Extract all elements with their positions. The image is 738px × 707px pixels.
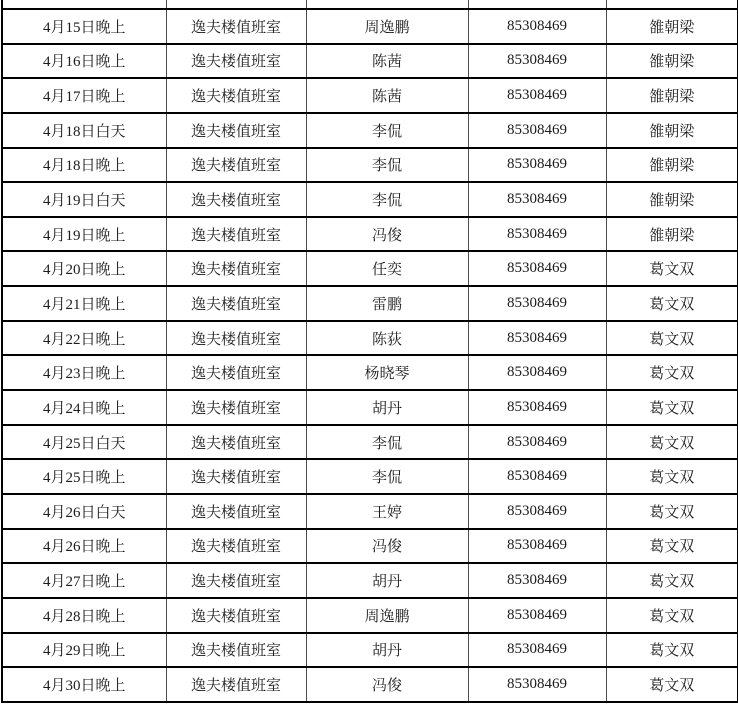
cell-duty-phone: 85308469 bbox=[468, 148, 606, 183]
cell-duty-leader: 葛文双 bbox=[606, 459, 738, 494]
cell-duty-leader: 葛文双 bbox=[606, 563, 738, 598]
table-row: 4月29日晚上 逸夫楼值班室 胡丹 85308469 葛文双 bbox=[2, 633, 738, 668]
cell-duty-phone: 85308469 bbox=[468, 425, 606, 460]
cell-duty-location: 逸夫楼值班室 bbox=[166, 355, 306, 390]
cell-duty-person: 冯俊 bbox=[306, 529, 468, 564]
cell-duty-date: 4月15日晚上 bbox=[2, 9, 166, 44]
table-row: 4月20日晚上 逸夫楼值班室 任奕 85308469 葛文双 bbox=[2, 251, 738, 286]
cell-duty-date: 4月30日晚上 bbox=[2, 667, 166, 702]
cell-duty-leader: 雒朝梁 bbox=[606, 217, 738, 252]
cell-duty-leader: 葛文双 bbox=[606, 251, 738, 286]
duty-schedule-screen: 4月15日晚上 逸夫楼值班室 周逸鹏 85308469 雒朝梁 4月16日晚上 … bbox=[0, 0, 738, 707]
cell-duty-date: 4月19日白天 bbox=[2, 182, 166, 217]
table-body: 4月15日晚上 逸夫楼值班室 周逸鹏 85308469 雒朝梁 4月16日晚上 … bbox=[2, 0, 738, 702]
cell-duty-leader: 葛文双 bbox=[606, 667, 738, 702]
cell-duty-phone: 85308469 bbox=[468, 459, 606, 494]
cell-duty-leader: 雒朝梁 bbox=[606, 44, 738, 79]
table-row: 4月26日白天 逸夫楼值班室 王婷 85308469 葛文双 bbox=[2, 494, 738, 529]
cell-duty-phone: 85308469 bbox=[468, 44, 606, 79]
cell-duty-location: 逸夫楼值班室 bbox=[166, 217, 306, 252]
cell-duty-person: 王婷 bbox=[306, 494, 468, 529]
cell-duty-location: 逸夫楼值班室 bbox=[166, 44, 306, 79]
cell-duty-person: 陈茜 bbox=[306, 44, 468, 79]
cell-duty-phone: 85308469 bbox=[468, 667, 606, 702]
cell-duty-location: 逸夫楼值班室 bbox=[166, 425, 306, 460]
cell-duty-date: 4月18日白天 bbox=[2, 113, 166, 148]
cell-duty-person: 李侃 bbox=[306, 182, 468, 217]
cell-duty-phone: 85308469 bbox=[468, 563, 606, 598]
cell-duty-location: 逸夫楼值班室 bbox=[166, 459, 306, 494]
cell-duty-phone: 85308469 bbox=[468, 633, 606, 668]
table-row: 4月19日晚上 逸夫楼值班室 冯俊 85308469 雒朝梁 bbox=[2, 217, 738, 252]
cell-duty-person: 李侃 bbox=[306, 459, 468, 494]
cell-duty-leader: 雒朝梁 bbox=[606, 113, 738, 148]
cell-duty-location: 逸夫楼值班室 bbox=[166, 148, 306, 183]
cell-duty-person: 周逸鹏 bbox=[306, 598, 468, 633]
cell-duty-leader: 葛文双 bbox=[606, 321, 738, 356]
table-row: 4月18日晚上 逸夫楼值班室 李侃 85308469 雒朝梁 bbox=[2, 148, 738, 183]
partial-cell bbox=[2, 0, 166, 9]
cell-duty-phone: 85308469 bbox=[468, 9, 606, 44]
cell-duty-phone: 85308469 bbox=[468, 182, 606, 217]
cell-duty-location: 逸夫楼值班室 bbox=[166, 78, 306, 113]
cell-duty-phone: 85308469 bbox=[468, 251, 606, 286]
cell-duty-person: 李侃 bbox=[306, 148, 468, 183]
table-row: 4月15日晚上 逸夫楼值班室 周逸鹏 85308469 雒朝梁 bbox=[2, 9, 738, 44]
partial-row-top bbox=[2, 0, 738, 9]
cell-duty-date: 4月20日晚上 bbox=[2, 251, 166, 286]
partial-cell bbox=[166, 0, 306, 9]
cell-duty-leader: 雒朝梁 bbox=[606, 182, 738, 217]
cell-duty-leader: 葛文双 bbox=[606, 529, 738, 564]
cell-duty-leader: 雒朝梁 bbox=[606, 9, 738, 44]
cell-duty-location: 逸夫楼值班室 bbox=[166, 286, 306, 321]
cell-duty-date: 4月18日晚上 bbox=[2, 148, 166, 183]
cell-duty-leader: 雒朝梁 bbox=[606, 148, 738, 183]
cell-duty-date: 4月21日晚上 bbox=[2, 286, 166, 321]
cell-duty-location: 逸夫楼值班室 bbox=[166, 563, 306, 598]
cell-duty-location: 逸夫楼值班室 bbox=[166, 494, 306, 529]
cell-duty-location: 逸夫楼值班室 bbox=[166, 182, 306, 217]
table-row: 4月24日晚上 逸夫楼值班室 胡丹 85308469 葛文双 bbox=[2, 390, 738, 425]
cell-duty-date: 4月19日晚上 bbox=[2, 217, 166, 252]
cell-duty-location: 逸夫楼值班室 bbox=[166, 667, 306, 702]
cell-duty-phone: 85308469 bbox=[468, 390, 606, 425]
table-row: 4月30日晚上 逸夫楼值班室 冯俊 85308469 葛文双 bbox=[2, 667, 738, 702]
cell-duty-leader: 葛文双 bbox=[606, 494, 738, 529]
table-row: 4月27日晚上 逸夫楼值班室 胡丹 85308469 葛文双 bbox=[2, 563, 738, 598]
cell-duty-person: 周逸鹏 bbox=[306, 9, 468, 44]
cell-duty-person: 雷鹏 bbox=[306, 286, 468, 321]
cell-duty-date: 4月16日晚上 bbox=[2, 44, 166, 79]
cell-duty-leader: 雒朝梁 bbox=[606, 78, 738, 113]
table-row: 4月18日白天 逸夫楼值班室 李侃 85308469 雒朝梁 bbox=[2, 113, 738, 148]
cell-duty-person: 胡丹 bbox=[306, 390, 468, 425]
cell-duty-location: 逸夫楼值班室 bbox=[166, 633, 306, 668]
cell-duty-location: 逸夫楼值班室 bbox=[166, 251, 306, 286]
table-row: 4月25日晚上 逸夫楼值班室 李侃 85308469 葛文双 bbox=[2, 459, 738, 494]
partial-cell bbox=[306, 0, 468, 9]
cell-duty-person: 胡丹 bbox=[306, 633, 468, 668]
duty-schedule-table: 4月15日晚上 逸夫楼值班室 周逸鹏 85308469 雒朝梁 4月16日晚上 … bbox=[1, 0, 738, 703]
cell-duty-leader: 葛文双 bbox=[606, 390, 738, 425]
cell-duty-date: 4月27日晚上 bbox=[2, 563, 166, 598]
cell-duty-person: 杨晓琴 bbox=[306, 355, 468, 390]
cell-duty-leader: 葛文双 bbox=[606, 598, 738, 633]
cell-duty-person: 李侃 bbox=[306, 113, 468, 148]
partial-cell bbox=[606, 0, 738, 9]
cell-duty-person: 李侃 bbox=[306, 425, 468, 460]
table-row: 4月19日白天 逸夫楼值班室 李侃 85308469 雒朝梁 bbox=[2, 182, 738, 217]
cell-duty-person: 冯俊 bbox=[306, 217, 468, 252]
cell-duty-location: 逸夫楼值班室 bbox=[166, 598, 306, 633]
cell-duty-date: 4月26日白天 bbox=[2, 494, 166, 529]
cell-duty-phone: 85308469 bbox=[468, 494, 606, 529]
cell-duty-date: 4月23日晚上 bbox=[2, 355, 166, 390]
cell-duty-leader: 葛文双 bbox=[606, 425, 738, 460]
cell-duty-phone: 85308469 bbox=[468, 286, 606, 321]
cell-duty-person: 陈荻 bbox=[306, 321, 468, 356]
cell-duty-phone: 85308469 bbox=[468, 217, 606, 252]
cell-duty-date: 4月25日白天 bbox=[2, 425, 166, 460]
cell-duty-leader: 葛文双 bbox=[606, 286, 738, 321]
cell-duty-leader: 葛文双 bbox=[606, 355, 738, 390]
cell-duty-date: 4月28日晚上 bbox=[2, 598, 166, 633]
cell-duty-phone: 85308469 bbox=[468, 321, 606, 356]
table-row: 4月28日晚上 逸夫楼值班室 周逸鹏 85308469 葛文双 bbox=[2, 598, 738, 633]
cell-duty-location: 逸夫楼值班室 bbox=[166, 321, 306, 356]
cell-duty-person: 陈茜 bbox=[306, 78, 468, 113]
cell-duty-person: 胡丹 bbox=[306, 563, 468, 598]
cell-duty-phone: 85308469 bbox=[468, 78, 606, 113]
cell-duty-location: 逸夫楼值班室 bbox=[166, 529, 306, 564]
cell-duty-person: 冯俊 bbox=[306, 667, 468, 702]
cell-duty-date: 4月26日晚上 bbox=[2, 529, 166, 564]
partial-cell bbox=[468, 0, 606, 9]
cell-duty-date: 4月17日晚上 bbox=[2, 78, 166, 113]
cell-duty-phone: 85308469 bbox=[468, 355, 606, 390]
cell-duty-person: 任奕 bbox=[306, 251, 468, 286]
cell-duty-phone: 85308469 bbox=[468, 598, 606, 633]
cell-duty-date: 4月24日晚上 bbox=[2, 390, 166, 425]
table-row: 4月25日白天 逸夫楼值班室 李侃 85308469 葛文双 bbox=[2, 425, 738, 460]
cell-duty-location: 逸夫楼值班室 bbox=[166, 113, 306, 148]
cell-duty-location: 逸夫楼值班室 bbox=[166, 390, 306, 425]
cell-duty-location: 逸夫楼值班室 bbox=[166, 9, 306, 44]
cell-duty-leader: 葛文双 bbox=[606, 633, 738, 668]
cell-duty-phone: 85308469 bbox=[468, 113, 606, 148]
table-row: 4月17日晚上 逸夫楼值班室 陈茜 85308469 雒朝梁 bbox=[2, 78, 738, 113]
table-row: 4月22日晚上 逸夫楼值班室 陈荻 85308469 葛文双 bbox=[2, 321, 738, 356]
table-row: 4月23日晚上 逸夫楼值班室 杨晓琴 85308469 葛文双 bbox=[2, 355, 738, 390]
table-row: 4月26日晚上 逸夫楼值班室 冯俊 85308469 葛文双 bbox=[2, 529, 738, 564]
cell-duty-date: 4月29日晚上 bbox=[2, 633, 166, 668]
cell-duty-date: 4月22日晚上 bbox=[2, 321, 166, 356]
cell-duty-phone: 85308469 bbox=[468, 529, 606, 564]
table-row: 4月21日晚上 逸夫楼值班室 雷鹏 85308469 葛文双 bbox=[2, 286, 738, 321]
cell-duty-date: 4月25日晚上 bbox=[2, 459, 166, 494]
table-row: 4月16日晚上 逸夫楼值班室 陈茜 85308469 雒朝梁 bbox=[2, 44, 738, 79]
